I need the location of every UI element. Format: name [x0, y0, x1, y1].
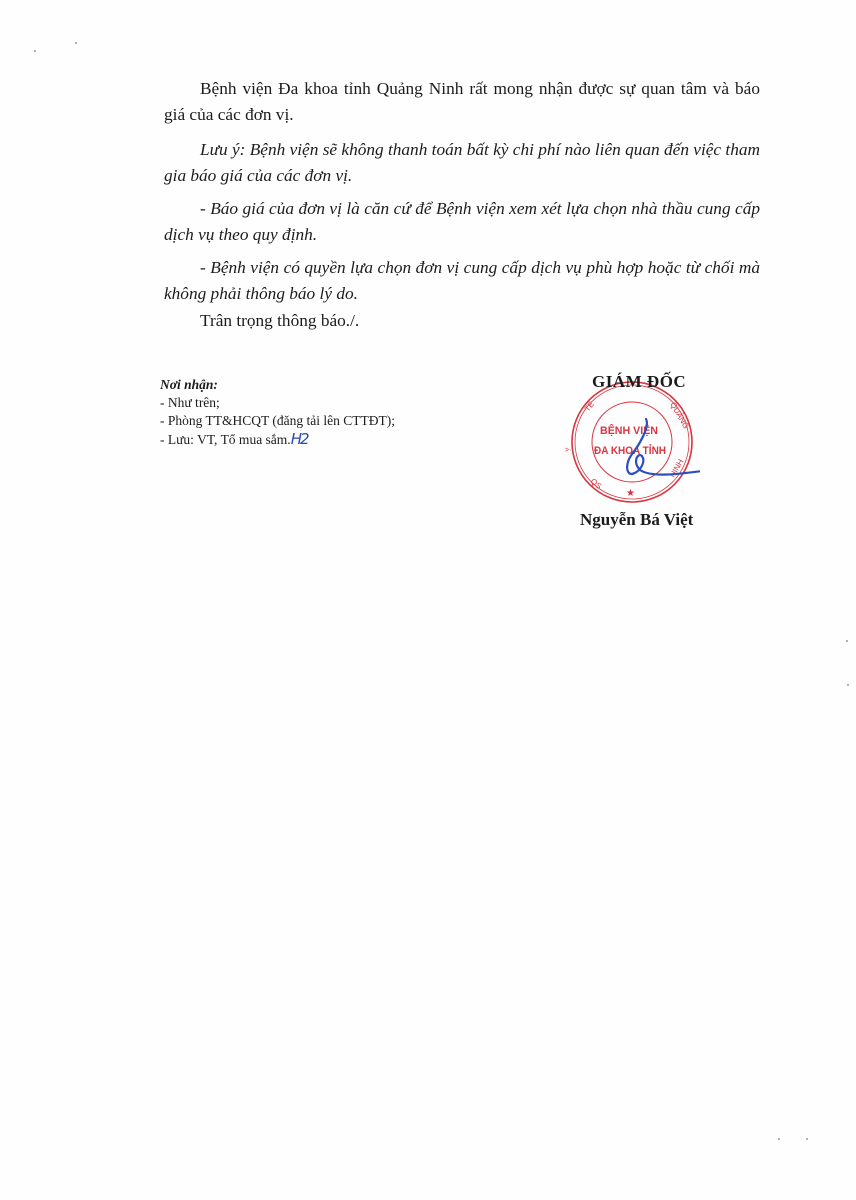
paragraph-note: Lưu ý: Bệnh viện sẽ không thanh toán bất…: [164, 137, 760, 189]
paragraph-rights: - Bệnh viện có quyền lựa chọn đơn vị cun…: [164, 255, 760, 307]
signer-name: Nguyễn Bá Việt: [580, 510, 693, 530]
recipient-item: - Phòng TT&HCQT (đăng tải lên CTTĐT);: [160, 412, 395, 430]
closing-line: Trân trọng thông báo./.: [164, 308, 760, 334]
recipient-item: - Lưu: VT, Tổ mua sắm.H2: [160, 430, 395, 449]
document-page: Bệnh viện Đa khoa tỉnh Quảng Ninh rất mo…: [0, 0, 856, 1200]
svg-text:BỆNH VIỆN: BỆNH VIỆN: [600, 424, 658, 437]
svg-text:QUẢNG: QUẢNG: [668, 401, 690, 431]
official-stamp-icon: TẾ QUẢNG QS NINH ★ >· BỆNH VIỆN ĐA KHOA …: [560, 374, 700, 504]
recipient-item: - Như trên;: [160, 394, 395, 412]
recipients-block: Nơi nhận: - Như trên; - Phòng TT&HCQT (đ…: [160, 376, 395, 449]
svg-text:★: ★: [626, 488, 635, 499]
svg-text:>·: >·: [565, 447, 571, 454]
signer-role: GIÁM ĐỐC: [592, 372, 686, 392]
svg-text:QS: QS: [589, 477, 604, 491]
recipients-title: Nơi nhận:: [160, 376, 395, 394]
paragraph-quote-basis: - Báo giá của đơn vị là căn cứ để Bệnh v…: [164, 196, 760, 248]
handwritten-initials: H2: [291, 430, 308, 448]
paragraph-request: Bệnh viện Đa khoa tỉnh Quảng Ninh rất mo…: [164, 76, 760, 128]
